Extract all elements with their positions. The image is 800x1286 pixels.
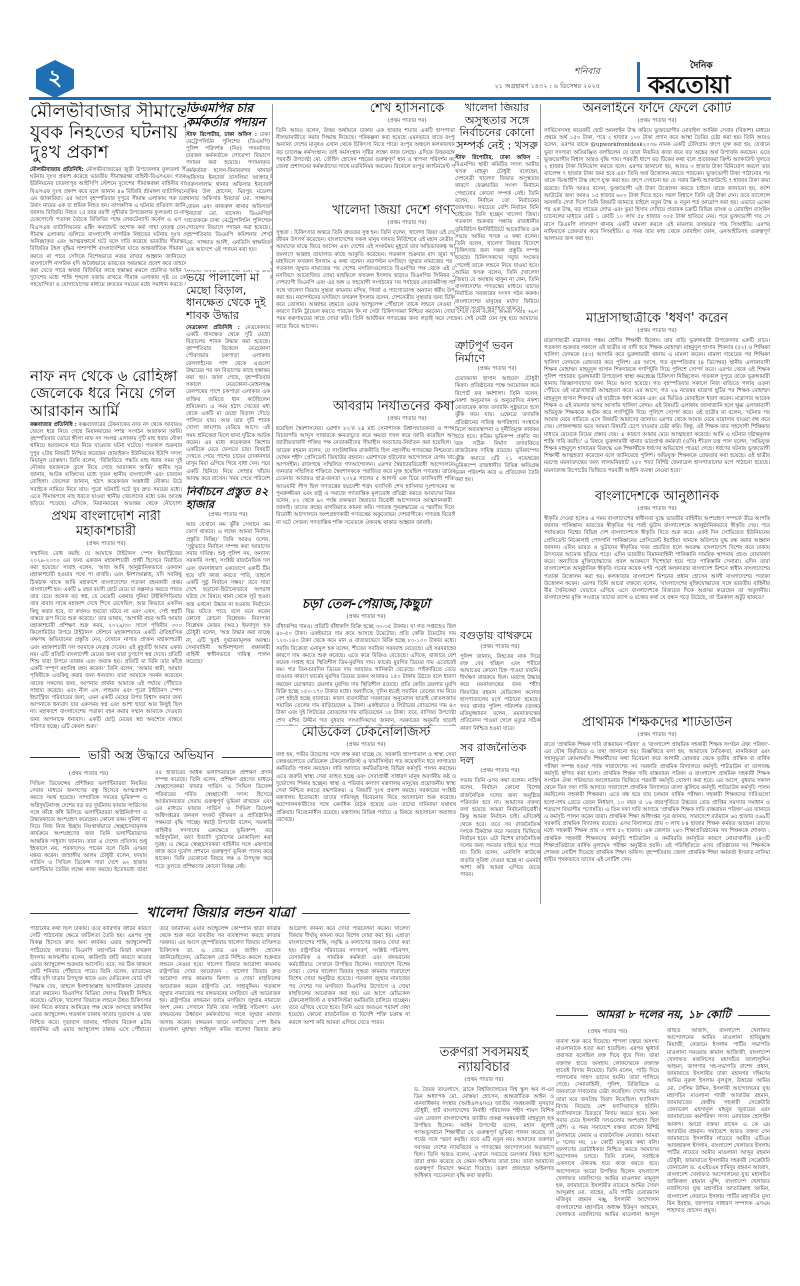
headline: নাফ নদ থেকে ৬ রোহিঙ্গা জেলেকে ধরে নিয়ে … bbox=[30, 368, 182, 420]
article-election: নির্বাচনে প্রস্তুত ৪২ হাজার (প্রথম পাতার… bbox=[186, 486, 270, 746]
article-online-fraud: অনলাইনে ফাঁদে ফেলে কোটি (প্রথম পাতার পর)… bbox=[544, 102, 770, 312]
headline: প্রাথমিক শিক্ষকদের শাটডাউন bbox=[544, 716, 770, 731]
headline: ভয়ে পালালো মা মেছো বিড়াল, ধানক্ষেত থেক… bbox=[186, 272, 270, 323]
body-text: নেত্রকোনায় একটি ধানক্ষেত থেকে দুটি মেছো… bbox=[186, 325, 270, 482]
headline: খালেদা জিয়ার অসুস্থতার সঙ্গে নির্বাচনের… bbox=[455, 102, 539, 153]
continued-label: (প্রথম পাতার পর) bbox=[544, 328, 770, 336]
column-divider bbox=[540, 104, 541, 904]
article-body: কক্সবাজার প্রতিনিধি : কক্সবাজারের টেকনাফ… bbox=[30, 422, 182, 506]
dateline: মৌলভীবাজার প্রতিনিধি: bbox=[30, 167, 84, 173]
headline: ত্রুটিপূর্ণ ভবন নির্মাণে bbox=[455, 340, 539, 365]
banner-line bbox=[302, 913, 410, 914]
body-text: ঢাকা মেট্রোপলিটন পুলিশের (ডিএমপি) পুলিশ … bbox=[186, 132, 270, 253]
banner-line bbox=[738, 1015, 770, 1016]
article-body: সম্মানিত বোধ করছি যে আমাকে টাইটানস স্পেস… bbox=[30, 551, 182, 731]
article-body: সিভিল ডিফেন্সের প্রশিক্ষিত ভলান্টিয়াররা… bbox=[30, 770, 272, 875]
continued-label: (প্রথম পাতার পর) bbox=[544, 506, 770, 514]
article-body: সার্ভিসেসসহ কয়েকটি ছোট অনলাইন টাস্ক করি… bbox=[544, 128, 770, 243]
article-faulty-building: ত্রুটিপূর্ণ ভবন নির্মাণে (প্রথম পাতার পর… bbox=[455, 340, 539, 580]
article-body: বাঁধাকপির দামও। প্রতিটি বাঁধাকপি বিক্রি … bbox=[276, 624, 456, 726]
article-body: স্টাফ রিপোর্টার, ঢাকা অফিস : বিএনপির স্থ… bbox=[455, 155, 539, 310]
article-fishing-cat: ভয়ে পালালো মা মেছো বিড়াল, ধানক্ষেত থেক… bbox=[186, 272, 270, 482]
article-eight-parties: (প্রথম পাতার পর) ব্যবসা শুরু করে দিয়েছে… bbox=[556, 1028, 770, 1266]
headline: নির্বাচনে প্রস্তুত ৪২ হাজার bbox=[186, 486, 270, 511]
article-astronaut: প্রথম বাংলাদেশি নারী মহাকাশচারী (প্রথম প… bbox=[30, 510, 182, 746]
continued-label: (প্রথম পাতার পর) bbox=[276, 742, 456, 750]
london-banner: খালেদা জিয়ার লন্ডন যাত্রা bbox=[30, 904, 410, 922]
headline: বগুড়ায় বাথরুমে bbox=[460, 630, 540, 643]
headline: মেডিকেল টেকনোলজিস্ট bbox=[276, 726, 456, 741]
article-body: রাতে 'প্রাথমিক শিক্ষক দাবি বাস্তবায়ন পর… bbox=[544, 742, 770, 864]
dateline: স্টাফ রিপোর্টার, ঢাকা অফিস : bbox=[186, 132, 257, 138]
continued-label: (প্রথম পাতার পর) bbox=[460, 768, 540, 776]
date-line: ২১ অগ্রহায়ণ ১৪৩২ : ৬ ডিসেম্বর ২০২৫ bbox=[494, 81, 600, 92]
top-rule bbox=[29, 97, 771, 100]
banner-line bbox=[30, 757, 80, 758]
continued-label: (প্রথম পাতার পর) bbox=[556, 1029, 659, 1037]
article-teachers: প্রাথমিক শিক্ষকদের শাটডাউন (প্রথম পাতার … bbox=[544, 716, 770, 1006]
column-divider bbox=[272, 104, 273, 904]
article-body: ব্যবসা শুরু করে দিয়েছে। শাপলা চত্বরে অস… bbox=[556, 1028, 770, 1219]
continued-label: (প্রথম পাতার পর) bbox=[544, 118, 770, 126]
masthead: ২ শনিবার ২১ অগ্রহায়ণ ১৪৩২ : ৬ ডিসেম্বর … bbox=[0, 0, 800, 98]
article-recognition: বাংলাদেশকে আনুষ্ঠানিক (প্রথম পাতার পর) স… bbox=[544, 490, 770, 650]
article-body: সভায় তিনি এসব কথা বলেন। নাহিদ বলেন, নির… bbox=[460, 778, 540, 879]
headline: অনলাইনে ফাঁদে ফেলে কোটি bbox=[544, 102, 770, 117]
logo-big-text: করতোয়া bbox=[648, 73, 730, 97]
banner-line bbox=[30, 913, 138, 914]
headline: চড়া তেল-পেঁয়াজ,কিছুটা bbox=[276, 598, 456, 613]
article-madrasa: মাদ্রাসাছাত্রীকে 'ধর্ষণ' করেন (প্রথম পাত… bbox=[544, 312, 770, 490]
article-body: ড. তৈয়ব তাওলাসে, ব্রাকে বিশ্ববিদ্যালয়ে… bbox=[414, 1087, 554, 1181]
headline: তরুণরা সবসময়ই ন্যায়বিচার bbox=[414, 1046, 554, 1076]
eight-parties-banner: আমরা ৮ দলের নয়, ১৮ কোটি bbox=[556, 1006, 770, 1024]
masthead-divider bbox=[637, 62, 640, 92]
headline: ডিএমপির চার কর্মকর্তার পদায়ন bbox=[186, 102, 270, 130]
headline: আমরা ৮ দলের নয়, ১৮ কোটি bbox=[596, 1006, 731, 1025]
continued-label: (প্রথম পাতার পর) bbox=[544, 732, 770, 740]
headline: ভারী অস্ত্র উদ্ধারে অভিযান bbox=[88, 747, 214, 767]
dateline: স্টাফ রিপোর্টার, ঢাকা অফিস : bbox=[455, 155, 539, 161]
dateline: নেত্রকোনা প্রতিনিধি : bbox=[186, 325, 240, 331]
article-body: মাদ্রাসাছাত্রী মাদ্রাসার পঞ্চম শ্রেণীর শ… bbox=[544, 338, 770, 475]
weapons-banner: ভারী অস্ত্র উদ্ধারে অভিযান bbox=[30, 748, 272, 766]
weekday: শনিবার bbox=[494, 64, 600, 79]
banner-line bbox=[556, 1015, 588, 1016]
newspaper-logo: দৈনিক করতোয়া bbox=[648, 58, 730, 97]
continued-label: (প্রথম পাতার পর) bbox=[30, 541, 182, 549]
article-body: বলা হয়, গভীর উদ্বেগের সঙ্গে লক্ষ করা যা… bbox=[276, 752, 456, 824]
body-text: কক্সবাজারের টেকনাফের নাফ নদ থেকে আবারও জ… bbox=[30, 422, 182, 506]
article-bogura: বগুড়ায় বাথরুমে (প্রথম পাতার পর) পুলিশ … bbox=[460, 630, 540, 740]
article-london: পাঠানোর কথা ছিল ঢাকায়। তবে কারিগরি ত্রু… bbox=[30, 926, 410, 1266]
article-parties: সব রাজনৈতিক দল (প্রথম পাতার পর) সভায় তি… bbox=[460, 742, 540, 942]
headline: বাংলাদেশকে আনুষ্ঠানিক bbox=[544, 490, 770, 505]
article-body: স্টাফ রিপোর্টার, ঢাকা অফিস : ঢাকা মেট্রো… bbox=[186, 132, 270, 254]
continued-label: (প্রথম পাতার পর) bbox=[414, 1077, 554, 1085]
headline: প্রথম বাংলাদেশি নারী মহাকাশচারী bbox=[30, 510, 182, 540]
article-youth: তরুণরা সবসময়ই ন্যায়বিচার (প্রথম পাতার … bbox=[414, 1046, 554, 1266]
article-medical: মেডিকেল টেকনোলজিস্ট (প্রথম পাতার পর) বলা… bbox=[276, 726, 456, 840]
article-body: আর যেখানে কম ঝুঁকি সেখানে কম ফোর্স থাকবে… bbox=[186, 522, 270, 666]
article-body: পাঠানোর কথা ছিল ঢাকায়। তবে কারিগরি ত্রু… bbox=[30, 926, 410, 1034]
headline: খালেদা জিয়ার লন্ডন যাত্রা bbox=[146, 901, 294, 925]
article-body: স্বীকৃতি দেওয়া হলেও এ সময় বাংলাদেশের স… bbox=[544, 516, 770, 602]
continued-label: (প্রথম পাতার পর) bbox=[455, 366, 539, 374]
continued-label: (প্রথম পাতার পর) bbox=[460, 644, 540, 652]
headline: সব রাজনৈতিক দল bbox=[460, 742, 540, 767]
continued-label: (প্রথম পাতার পর) bbox=[276, 614, 456, 622]
continued-label: (প্রথম পাতার পর) bbox=[30, 771, 147, 779]
article-prices: চড়া তেল-পেঁয়াজ,কিছুটা (প্রথম পাতার পর)… bbox=[276, 598, 456, 726]
article-dmp: ডিএমপির চার কর্মকর্তার পদায়ন স্টাফ রিপো… bbox=[186, 102, 270, 270]
article-weapons: (প্রথম পাতার পর) সিভিল ডিফেন্সের প্রশিক্… bbox=[30, 770, 272, 900]
article-body: নেত্রকোনা প্রতিনিধি : নেত্রকোনায় একটি ধ… bbox=[186, 325, 270, 482]
dateline: কক্সবাজার প্রতিনিধি : bbox=[30, 422, 77, 428]
headline: মাদ্রাসাছাত্রীকে 'ধর্ষণ' করেন bbox=[544, 312, 770, 327]
date-block: শনিবার ২১ অগ্রহায়ণ ১৪৩২ : ৬ ডিসেম্বর ২০… bbox=[494, 64, 600, 92]
article-body: পুলিশ জানায়, নিহতের নাক দিয়ে রক্ত বের … bbox=[460, 654, 540, 733]
continued-label: (প্রথম পাতার পর) bbox=[186, 512, 270, 520]
page-number-badge: ২ bbox=[36, 60, 74, 98]
article-khaleda-illness: খালেদা জিয়ার অসুস্থতার সঙ্গে নির্বাচনের… bbox=[455, 102, 539, 310]
article-rohingya: নাফ নদ থেকে ৬ রোহিঙ্গা জেলেকে ধরে নিয়ে … bbox=[30, 368, 182, 506]
body-text: বিএনপির স্থায়ী কমিটির সদস্য আমীর খসরু ম… bbox=[455, 162, 539, 310]
article-body: চেয়ারম্যান হাসান আহমেদ চৌধুরী কিরণ। প্র… bbox=[455, 376, 539, 484]
banner-line bbox=[222, 757, 272, 758]
